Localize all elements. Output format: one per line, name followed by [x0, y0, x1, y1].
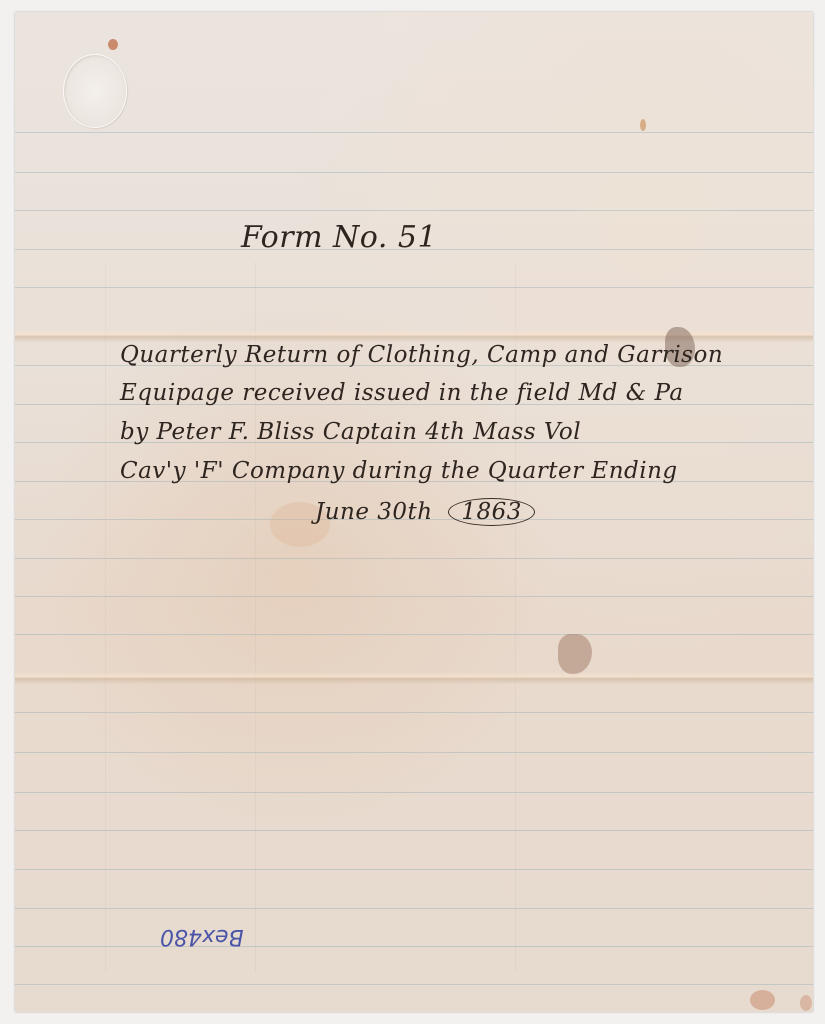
date-text: June 30th: [315, 499, 433, 525]
paper-fold-lower: [15, 672, 813, 684]
body-line-4: Cav'y 'F' Company during the Quarter End…: [120, 458, 678, 484]
year-circled: 1863: [448, 498, 535, 526]
foxing-stain: [800, 995, 812, 1011]
embossed-seal-icon: [63, 54, 127, 128]
rust-spot: [640, 119, 646, 131]
rust-spot: [108, 39, 118, 50]
rule-line: [15, 172, 813, 173]
rule-line: [15, 210, 813, 211]
body-line-3: by Peter F. Bliss Captain 4th Mass Vol: [120, 419, 581, 445]
rule-line: [15, 830, 813, 831]
rule-line: [15, 792, 813, 793]
rule-line: [15, 752, 813, 753]
rule-line: [15, 908, 813, 909]
rule-line: [15, 869, 813, 870]
bleed-through-rule: [515, 262, 516, 972]
body-line-1: Quarterly Return of Clothing, Camp and G…: [120, 342, 723, 368]
rule-line: [15, 984, 813, 985]
rule-line: [15, 634, 813, 635]
water-stain: [558, 634, 592, 674]
form-number-heading: Form No. 51: [241, 220, 437, 255]
date-line: June 30th 1863: [315, 498, 535, 526]
rule-line: [15, 712, 813, 713]
rule-line: [15, 287, 813, 288]
rule-line: [15, 558, 813, 559]
foxing-stain: [750, 990, 775, 1010]
pencil-annotation: Bex480: [160, 924, 244, 949]
bleed-through-rule: [105, 262, 106, 972]
document-page: Form No. 51 Quarterly Return of Clothing…: [15, 12, 813, 1012]
rule-line: [15, 946, 813, 947]
bleed-through-rule: [255, 262, 256, 972]
rule-line: [15, 132, 813, 133]
body-line-2: Equipage received issued in the field Md…: [120, 380, 684, 406]
rule-line: [15, 596, 813, 597]
